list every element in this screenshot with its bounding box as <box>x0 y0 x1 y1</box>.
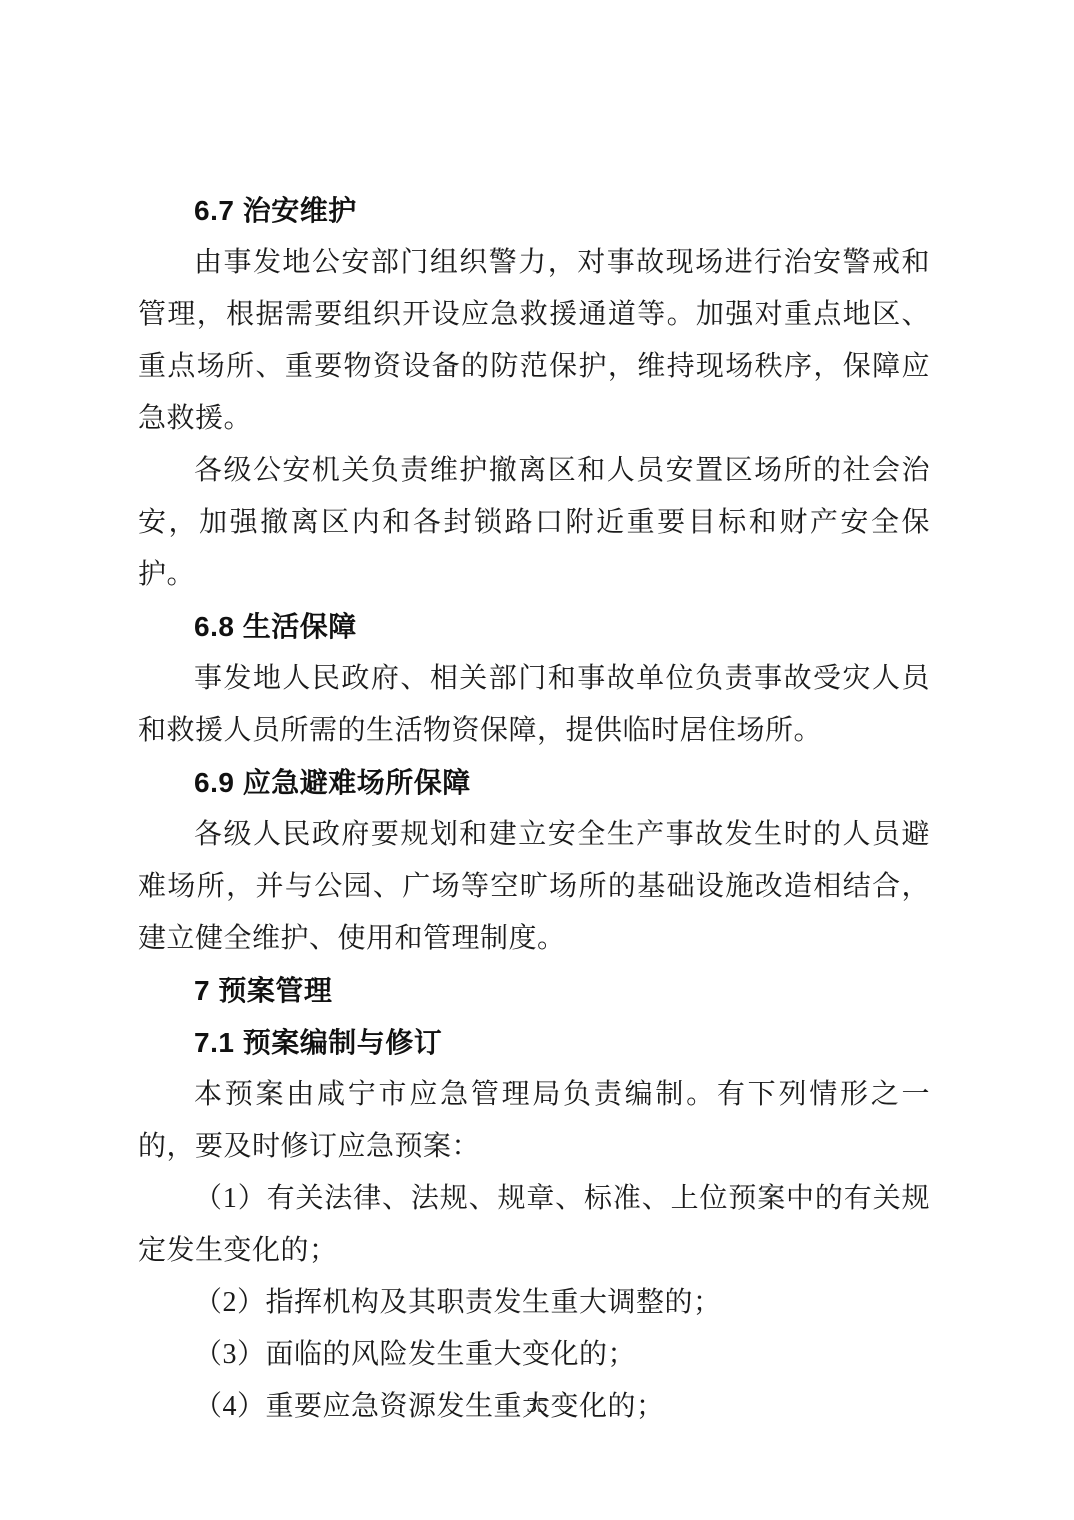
paragraph: （2）指挥机构及其职责发生重大调整的； <box>138 1277 930 1329</box>
page-number: 35 <box>0 1392 1074 1418</box>
paragraph: 各级公安机关负责维护撤离区和人员安置区场所的社会治安，加强撤离区内和各封锁路口附… <box>138 445 930 601</box>
section-heading: 7.1 预案编制与修订 <box>138 1017 930 1069</box>
paragraph: 各级人民政府要规划和建立安全生产事故发生时的人员避难场所，并与公园、广场等空旷场… <box>138 809 930 965</box>
document-page: 6.7 治安维护由事发地公安部门组织警力，对事故现场进行治安警戒和管理，根据需要… <box>0 0 1074 1520</box>
paragraph: （3）面临的风险发生重大变化的； <box>138 1329 930 1381</box>
section-heading: 6.9 应急避难场所保障 <box>138 757 930 809</box>
section-heading: 7 预案管理 <box>138 965 930 1017</box>
section-heading: 6.8 生活保障 <box>138 601 930 653</box>
paragraph: 由事发地公安部门组织警力，对事故现场进行治安警戒和管理，根据需要组织开设应急救援… <box>138 237 930 445</box>
document-body: 6.7 治安维护由事发地公安部门组织警力，对事故现场进行治安警戒和管理，根据需要… <box>138 185 930 1433</box>
paragraph: 事发地人民政府、相关部门和事故单位负责事故受灾人员和救援人员所需的生活物资保障，… <box>138 653 930 757</box>
section-heading: 6.7 治安维护 <box>138 185 930 237</box>
paragraph: （1）有关法律、法规、规章、标准、上位预案中的有关规定发生变化的； <box>138 1173 930 1277</box>
paragraph: 本预案由咸宁市应急管理局负责编制。有下列情形之一的，要及时修订应急预案： <box>138 1069 930 1173</box>
